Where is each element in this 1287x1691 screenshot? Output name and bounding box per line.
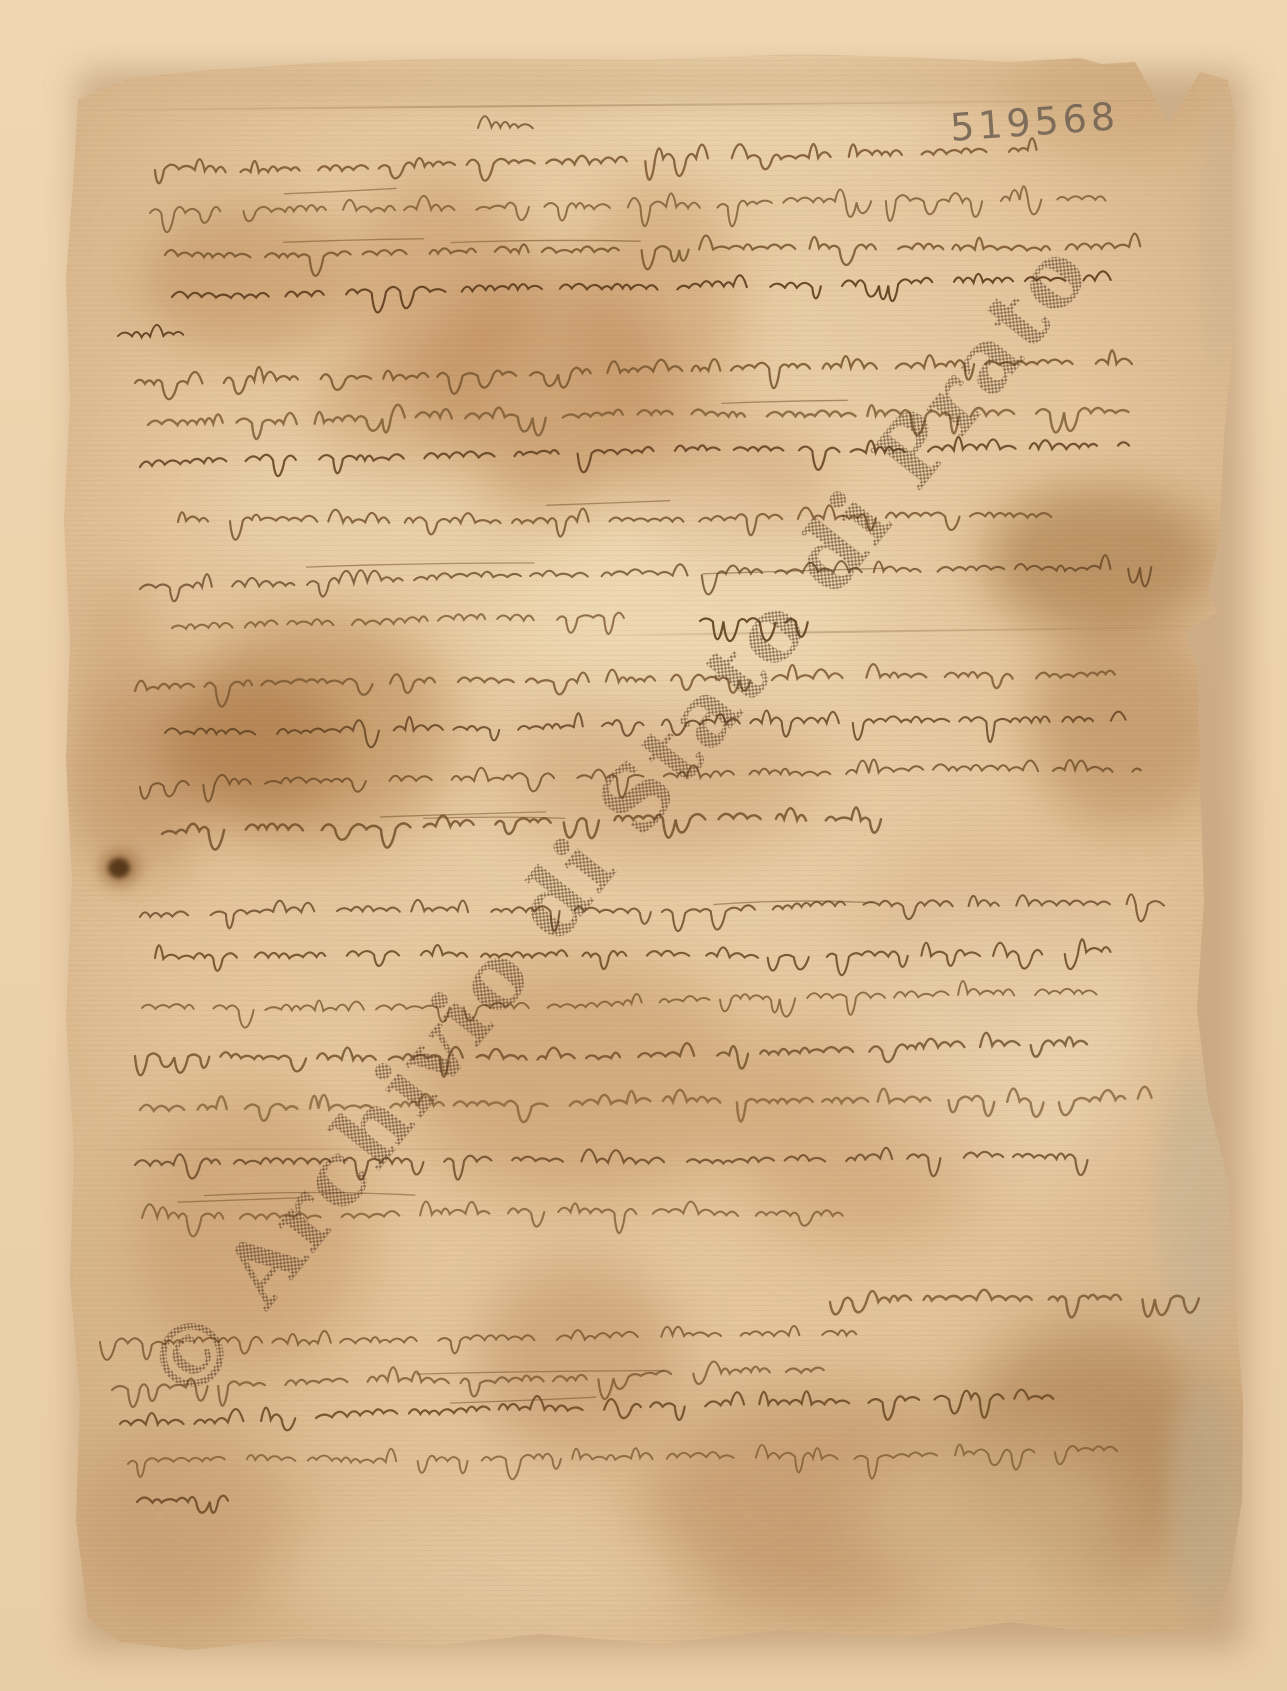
manuscript-page: 519568 © Archivio di Stato di Prato [0,0,1287,1691]
photo-backdrop: 519568 © Archivio di Stato di Prato [0,0,1287,1691]
